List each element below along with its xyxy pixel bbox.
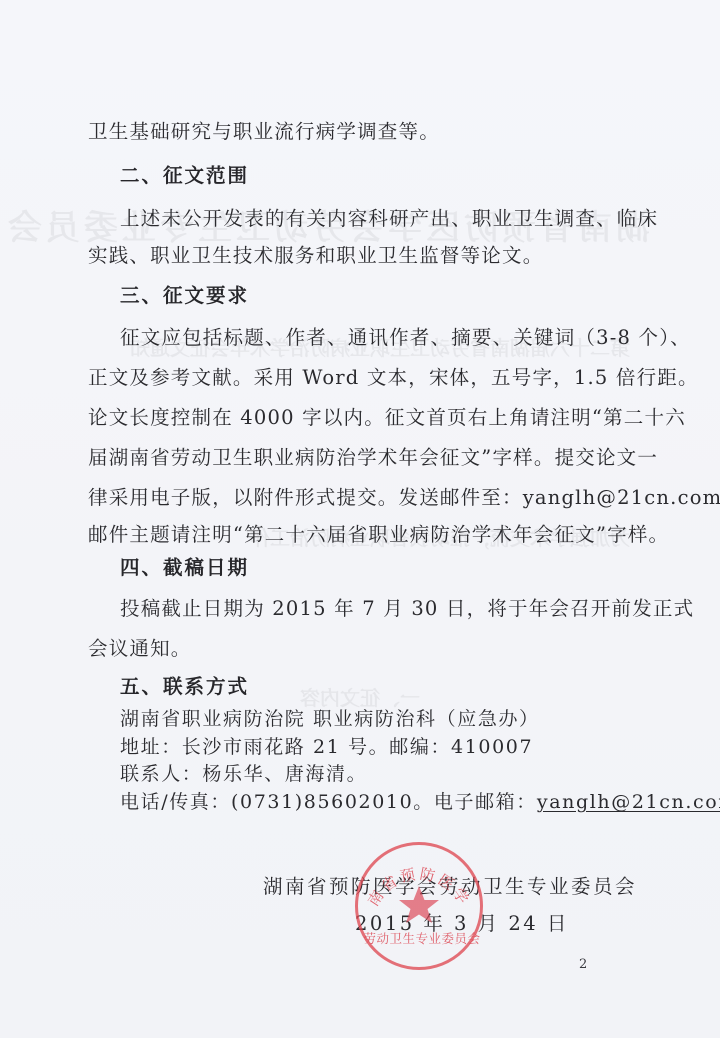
seal-bottom-text: 劳动卫生专业委员会 [358, 929, 486, 947]
contact-phone-email: 电话/传真：(0731)85602010。电子邮箱：yanglh@21cn.co… [120, 790, 720, 814]
paragraph-line: 届湖南省劳动卫生职业病防治学术年会征文”字样。提交论文一 [88, 446, 658, 470]
contact-organization: 湖南省职业病防治院 职业病防治科（应急办） [120, 707, 540, 731]
section-heading-deadline: 四、截稿日期 [120, 556, 249, 580]
seal-graphic: 湖南省预防医学会 [355, 842, 483, 970]
contact-phone: 电话/传真：(0731)85602010。电子邮箱： [120, 791, 537, 813]
contact-address: 地址：长沙市雨花路 21 号。邮编：410007 [120, 735, 533, 759]
paragraph-line: 会议通知。 [88, 637, 192, 661]
paragraph-line: 论文长度控制在 4000 字以内。征文首页右上角请注明“第二十六 [88, 406, 686, 430]
paragraph-line: 正文及参考文献。采用 Word 文本，宋体，五号字，1.5 倍行距。 [88, 366, 699, 390]
official-seal: 湖南省预防医学会 劳动卫生专业委员会 [355, 842, 483, 970]
section-heading-scope: 二、征文范围 [120, 164, 249, 188]
paragraph-line: 律采用电子版，以附件形式提交。发送邮件至：yanglh@21cn.com， [88, 486, 720, 510]
paragraph-line: 投稿截止日期为 2015 年 7 月 30 日，将于年会召开前发正式 [120, 597, 694, 621]
paragraph-line: 上述未公开发表的有关内容科研产出、职业卫生调查、临床 [120, 207, 658, 231]
page-number: 2 [579, 957, 587, 972]
contact-persons: 联系人：杨乐华、唐海清。 [120, 762, 367, 786]
paragraph-line: 实践、职业卫生技术服务和职业卫生监督等论文。 [88, 244, 543, 268]
section-heading-requirements: 三、征文要求 [120, 284, 249, 308]
paragraph-line: 征文应包括标题、作者、通讯作者、摘要、关键词（3-8 个）、 [120, 326, 691, 350]
star-icon [399, 886, 439, 923]
paragraph-line: 邮件主题请注明“第二十六届省职业病防治学术年会征文”字样。 [88, 523, 669, 547]
continued-paragraph-line: 卫生基础研究与职业流行病学调查等。 [88, 120, 440, 144]
section-heading-contact: 五、联系方式 [120, 675, 249, 699]
email-link[interactable]: yanglh@21cn.com [537, 791, 720, 813]
document-page: 湖南省预防医学会劳动卫生专业委员会 第二十六届湖南省劳动卫生职业病防治学术年会征… [0, 0, 720, 1038]
